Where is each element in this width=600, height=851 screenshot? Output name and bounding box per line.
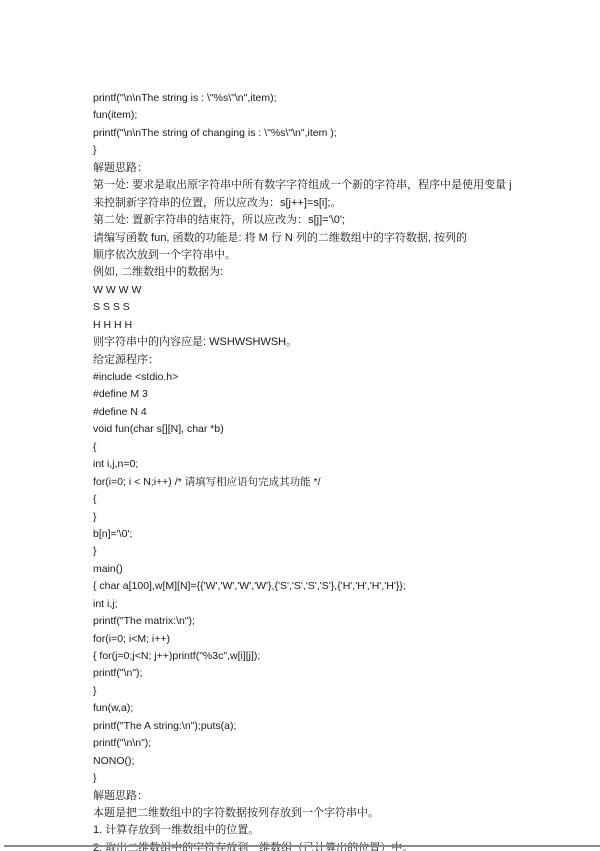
code-line: for(i=0; i<M; i++) <box>93 631 523 648</box>
document-page: printf("\n\nThe string is : \"%s\"\n",it… <box>0 0 600 851</box>
code-line: fun(item); <box>93 107 523 124</box>
section-heading: 解题思路： <box>93 788 523 805</box>
code-line: #include <stdio.h> <box>93 369 523 386</box>
paragraph-line: 例如, 二维数组中的数据为: <box>93 264 523 281</box>
code-line: printf("\n\n"); <box>93 735 523 752</box>
code-line: printf("\n\nThe string of changing is : … <box>93 125 523 142</box>
paragraph-line: 本题是把二维数组中的字符数据按列存放到一个字符串中。 <box>93 805 523 822</box>
paragraph-line: 第二处: 置新字符串的结束符，所以应改为：s[j]='\0'; <box>93 212 523 229</box>
code-line: #define N 4 <box>93 404 523 421</box>
code-line: { for(j=0;j<N; j++)printf("%3c",w[i][j])… <box>93 648 523 665</box>
code-line: main() <box>93 561 523 578</box>
code-line: } <box>93 770 523 787</box>
matrix-row: H H H H <box>93 317 523 334</box>
matrix-row: S S S S <box>93 299 523 316</box>
page-bottom-rule <box>4 845 600 847</box>
list-item: 1. 计算存放到一维数组中的位置。 <box>93 822 523 839</box>
code-line: int i,j,n=0; <box>93 456 523 473</box>
code-line: printf("\n"); <box>93 665 523 682</box>
matrix-row: W W W W <box>93 282 523 299</box>
code-line: for(i=0; i < N;i++) /* 请填写相应语句完成其功能 */ <box>93 474 523 491</box>
code-line: printf("The A string:\n");puts(a); <box>93 718 523 735</box>
paragraph-line: 则字符串中的内容应是: WSHWSHWSH。 <box>93 334 523 351</box>
code-line: { <box>93 491 523 508</box>
section-heading: 解题思路： <box>93 160 523 177</box>
code-line: } <box>93 142 523 159</box>
code-line: #define M 3 <box>93 386 523 403</box>
paragraph-line: 请编写函数 fun, 函数的功能是: 将 M 行 N 列的二维数组中的字符数据,… <box>93 230 523 247</box>
section-heading: 给定源程序： <box>93 352 523 369</box>
code-line: } <box>93 509 523 526</box>
code-line: } <box>93 683 523 700</box>
paragraph-line: 第一处: 要求是取出原字符串中所有数字字符组成一个新的字符串，程序中是使用变量 … <box>93 177 523 194</box>
code-line: NONO(); <box>93 753 523 770</box>
code-line: b[n]='\0'; <box>93 526 523 543</box>
code-line: { char a[100],w[M][N]={{'W','W','W','W'}… <box>93 578 523 595</box>
code-line: void fun(char s[][N], char *b) <box>93 421 523 438</box>
code-line: int i,j; <box>93 596 523 613</box>
code-line: printf("The matrix:\n"); <box>93 613 523 630</box>
paragraph-line: 顺序依次放到一个字符串中。 <box>93 247 523 264</box>
code-line: fun(w,a); <box>93 700 523 717</box>
code-line: { <box>93 439 523 456</box>
code-line: } <box>93 543 523 560</box>
code-line: printf("\n\nThe string is : \"%s\"\n",it… <box>93 90 523 107</box>
document-body: printf("\n\nThe string is : \"%s\"\n",it… <box>93 90 523 851</box>
paragraph-line: 来控制新字符串的位置，所以应改为：s[j++]=s[i];。 <box>93 195 523 212</box>
